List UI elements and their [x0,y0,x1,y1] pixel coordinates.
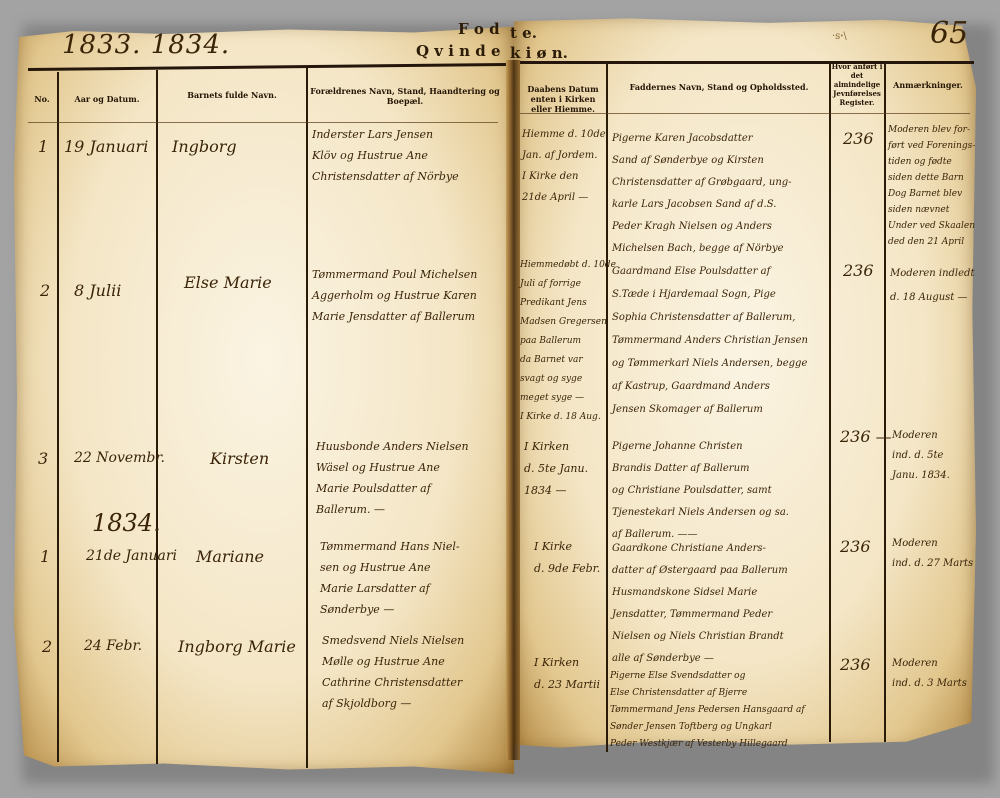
title-kion-right: k i ø n. [510,44,568,62]
entry-5-baptism: I Kirken d. 23 Martii [534,652,600,696]
entry-5-remarks: Moderen ind. d. 3 Marts [892,654,967,694]
entry-2-godparents: Gaardmand Else Poulsdatter af S.Tæde i H… [612,260,808,421]
col-line-3 [306,68,308,768]
title-fod-left: F o d [458,20,500,38]
entry-3-no: 3 [38,448,48,469]
header-register: Hvor anført i det almindelige Jevnførels… [831,62,883,107]
entry-5-godparents: Pigerne Else Svendsdatter og Else Christ… [610,668,805,753]
title-qvinde-left: Q v i n d e [416,42,501,60]
header-godparents: Faddernes Navn, Stand og Opholdssted. [610,82,828,92]
entry-5-parents: Smedsvend Niels Nielsen Mølle og Hustrue… [322,630,464,714]
entry-5-no: 2 [42,636,52,657]
entry-2-remarks: Moderen indledt d. 18 August — [890,262,974,310]
entry-5-register: 236 [840,654,871,675]
entry-1-remarks: Moderen blev for- ført ved Forenings- ti… [888,122,975,250]
entry-4-date: 21de Januari [86,546,177,567]
entry-2-no: 2 [40,280,50,301]
header-rule-right [520,61,974,64]
entry-1-no: 1 [38,136,48,157]
entry-2-date: 8 Julii [74,280,121,301]
header-parents: Forældrenes Navn, Stand, Haandtering og … [310,86,500,106]
entry-2-child: Else Marie [184,272,272,293]
header-child-name: Barnets fulde Navn. [160,90,304,100]
entry-4-no: 1 [40,546,50,567]
page-number: 65 [930,16,968,51]
entry-4-remarks: Moderen ind. d. 27 Marts [892,534,973,574]
entry-2-baptism: Hiemmedøbt d. 10de Juli af forrige Predi… [520,256,616,427]
entry-5-child: Ingborg Marie [178,636,296,657]
header-date: Aar og Datum. [60,94,154,104]
entry-3-child: Kirsten [210,448,269,469]
entry-1-baptism: Hiemme d. 10de Jan. af Jordem. I Kirke d… [522,124,606,208]
header-remarks: Anmærkninger. [886,80,970,90]
entry-2-register: 236 [843,260,874,281]
entry-1-date: 19 Januari [64,136,148,157]
entry-3-date: 22 Novembr. [74,448,165,469]
header-baptism: Daabens Datum enten i Kirken eller Hiemm… [520,84,606,114]
entry-5-date: 24 Febr. [84,636,142,657]
col-line-5 [829,62,831,742]
col-line-6 [884,62,886,742]
entry-4-child: Mariane [196,546,264,567]
entry-3-remarks: Moderen ind. d. 5te Janu. 1834. [892,426,950,486]
entry-2-parents: Tømmermand Poul Michelsen Aggerholm og H… [312,264,477,327]
entry-3-register: 236 — [840,426,892,447]
header-no: No. [28,94,56,104]
entry-3-baptism: I Kirken d. 5te Janu. 1834 — [524,436,588,502]
years-heading: 1833. 1834. [62,30,230,60]
faint-pencil-mark: ·ꜱꞏ\ [832,28,847,42]
book-spine [506,60,520,760]
header-bottom-line-left [28,122,498,123]
title-fod-right: t e. [510,24,537,42]
entry-4-parents: Tømmermand Hans Niel- sen og Hustrue Ane… [320,536,460,620]
col-line-2 [156,70,158,764]
entry-4-register: 236 [840,536,871,557]
year-marker-1834: 1834. [92,508,161,538]
entry-1-parents: Inderster Lars Jensen Klöv og Hustrue An… [312,124,459,187]
entry-4-godparents: Gaardkone Christiane Anders- datter af Ø… [612,538,788,670]
entry-4-baptism: I Kirke d. 9de Febr. [534,536,600,580]
entry-1-register: 236 [843,128,874,149]
entry-3-parents: Huusbonde Anders Nielsen Wäsel og Hustru… [316,436,469,520]
entry-3-godparents: Pigerne Johanne Christen Brandis Datter … [612,436,789,546]
col-line-1 [57,72,59,762]
entry-1-godparents: Pigerne Karen Jacobsdatter Sand af Sønde… [612,128,792,260]
entry-1-child: Ingborg [172,136,237,157]
